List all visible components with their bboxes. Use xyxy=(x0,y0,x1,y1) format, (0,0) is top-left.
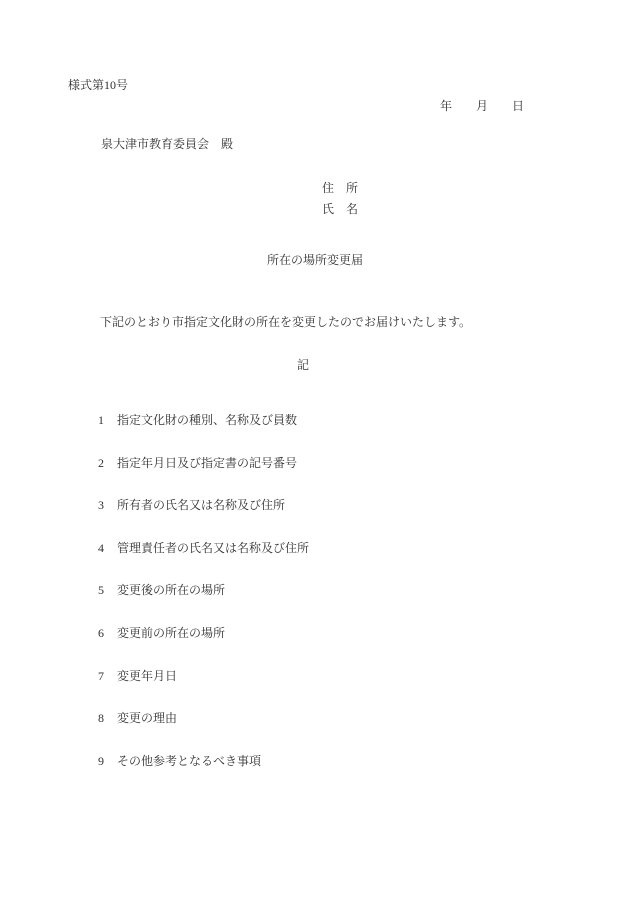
list-item-number: 1 xyxy=(98,413,117,427)
list-item-number: 6 xyxy=(98,626,117,640)
list-item: 5変更後の所在の場所 xyxy=(86,569,225,611)
date-line: 年 月 日 xyxy=(440,99,524,113)
list-item-number: 5 xyxy=(98,583,117,597)
list-item-number: 2 xyxy=(98,456,117,470)
list-item-label: 変更の理由 xyxy=(117,711,177,725)
list-item-number: 4 xyxy=(98,541,117,555)
list-item-label: 変更年月日 xyxy=(117,669,177,683)
list-item: 8変更の理由 xyxy=(86,697,177,739)
list-item-label: その他参考となるべき事項 xyxy=(117,754,261,768)
list-item: 1指定文化財の種別、名称及び員数 xyxy=(86,399,297,441)
addressee-line: 泉大津市教育委員会 殿 xyxy=(101,137,233,151)
list-item: 7変更年月日 xyxy=(86,655,177,697)
list-item: 6変更前の所在の場所 xyxy=(86,612,225,654)
list-item: 2指定年月日及び指定書の記号番号 xyxy=(86,442,297,484)
sender-address-label: 住 所 xyxy=(322,181,358,195)
list-item-label: 変更後の所在の場所 xyxy=(117,583,225,597)
list-item-label: 所有者の氏名又は名称及び住所 xyxy=(117,498,285,512)
document-title: 所在の場所変更届 xyxy=(0,253,630,267)
sender-name-label: 氏 名 xyxy=(322,202,358,216)
list-item-label: 管理責任者の氏名又は名称及び住所 xyxy=(117,541,309,555)
list-item-number: 9 xyxy=(98,754,117,768)
record-marker: 記 xyxy=(297,358,309,372)
form-number: 様式第10号 xyxy=(68,78,128,92)
list-item: 4管理責任者の氏名又は名称及び住所 xyxy=(86,527,309,569)
list-item: 9その他参考となるべき事項 xyxy=(86,740,261,782)
list-item-number: 7 xyxy=(98,669,117,683)
list-item-label: 指定年月日及び指定書の記号番号 xyxy=(117,456,297,470)
body-paragraph: 下記のとおり市指定文化財の所在を変更したのでお届けいたします。 xyxy=(100,315,471,329)
list-item-number: 8 xyxy=(98,711,117,725)
list-item-label: 変更前の所在の場所 xyxy=(117,626,225,640)
list-item-number: 3 xyxy=(98,498,117,512)
list-item-label: 指定文化財の種別、名称及び員数 xyxy=(117,413,297,427)
document-page: 様式第10号 年 月 日 泉大津市教育委員会 殿 住 所 氏 名 所在の場所変更… xyxy=(0,0,630,903)
list-item: 3所有者の氏名又は名称及び住所 xyxy=(86,484,285,526)
